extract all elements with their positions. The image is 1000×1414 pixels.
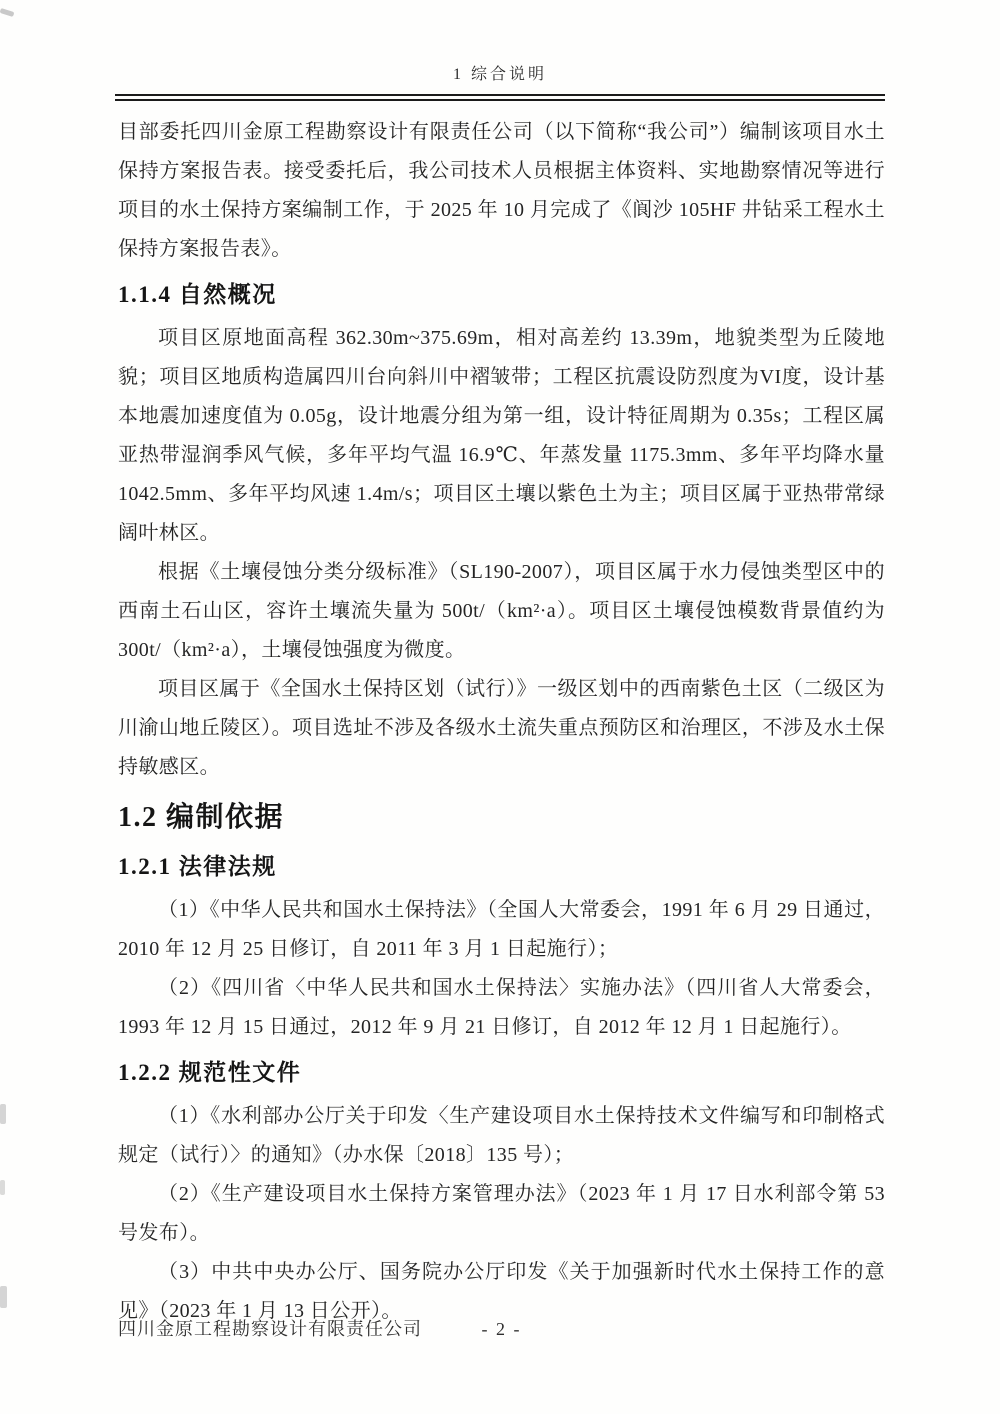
- page-header: 1 综合说明: [0, 0, 1000, 101]
- section-heading: 1.2 编制依据: [118, 795, 885, 841]
- footer-page-number: - 2 -: [482, 1316, 522, 1342]
- section-heading: 1.2.2 规范性文件: [118, 1053, 885, 1093]
- scan-artifact: [0, 1180, 5, 1195]
- body-paragraph: 根据《土壤侵蚀分类分级标准》（SL190-2007），项目区属于水力侵蚀类型区中…: [118, 553, 885, 670]
- document-page: 1 综合说明 目部委托四川金原工程勘察设计有限责任公司（以下简称“我公司”）编制…: [0, 0, 1000, 1414]
- body-paragraph: 项目区属于《全国水土保持区划（试行）》一级区划中的西南紫色土区（二级区为川渝山地…: [118, 670, 885, 787]
- body-paragraph: 目部委托四川金原工程勘察设计有限责任公司（以下简称“我公司”）编制该项目水土保持…: [118, 113, 885, 269]
- body-paragraph: （1）《水利部办公厅关于印发〈生产建设项目水土保持技术文件编写和印制格式规定（试…: [118, 1097, 885, 1175]
- document-body: 目部委托四川金原工程勘察设计有限责任公司（以下简称“我公司”）编制该项目水土保持…: [118, 113, 885, 1331]
- footer-company-name: 四川金原工程勘察设计有限责任公司: [118, 1316, 422, 1342]
- body-paragraph: （1）《中华人民共和国水土保持法》（全国人大常委会，1991 年 6 月 29 …: [118, 891, 885, 969]
- section-heading: 1.2.1 法律法规: [118, 847, 885, 887]
- scan-artifact: [0, 1104, 6, 1124]
- body-paragraph: （2）《生产建设项目水土保持方案管理办法》（2023 年 1 月 17 日水利部…: [118, 1175, 885, 1253]
- scan-artifact: [0, 1286, 7, 1308]
- page-footer: 四川金原工程勘察设计有限责任公司 - 2 -: [118, 1316, 885, 1342]
- page-header-title: 1 综合说明: [453, 62, 547, 88]
- section-heading: 1.1.4 自然概况: [118, 275, 885, 315]
- body-paragraph: 项目区原地面高程 362.30m~375.69m，相对高差约 13.39m，地貌…: [118, 319, 885, 553]
- header-rule: [115, 94, 885, 101]
- body-paragraph: （2）《四川省〈中华人民共和国水土保持法〉实施办法》（四川省人大常委会，1993…: [118, 969, 885, 1047]
